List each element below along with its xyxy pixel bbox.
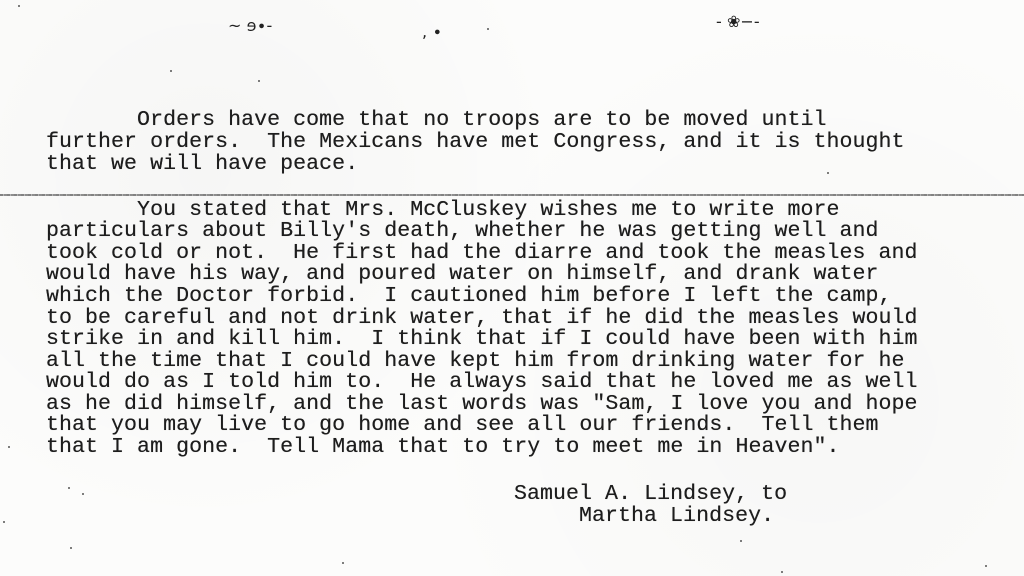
scan-speck bbox=[740, 540, 742, 542]
text-line: You stated that Mrs. McCluskey wishes me… bbox=[46, 199, 840, 221]
signature-sender: Samuel A. Lindsey, to bbox=[514, 483, 787, 505]
left-ornament-icon: ~ ɘ∙- bbox=[228, 16, 272, 35]
text-line: that you may live to go home and see all… bbox=[46, 414, 879, 436]
text-line: Orders have come that no troops are to b… bbox=[46, 109, 827, 131]
scan-speck bbox=[342, 562, 344, 564]
scan-speck bbox=[82, 493, 84, 495]
text-line: would have his way, and poured water on … bbox=[46, 263, 879, 285]
text-line: which the Doctor forbid. I cautioned him… bbox=[46, 285, 892, 307]
scan-speck bbox=[70, 547, 72, 549]
text-line: that I am gone. Tell Mama that to try to… bbox=[46, 436, 840, 458]
scan-speck bbox=[827, 172, 829, 174]
scan-speck bbox=[3, 521, 5, 523]
text-line: took cold or not. He first had the diarr… bbox=[46, 242, 918, 264]
scan-speck bbox=[781, 571, 783, 573]
scan-speck bbox=[170, 70, 172, 72]
scan-speck bbox=[985, 565, 987, 567]
text-line: that we will have peace. bbox=[46, 153, 358, 175]
scan-speck bbox=[68, 487, 70, 489]
scan-speck bbox=[8, 446, 10, 448]
scan-speck bbox=[487, 28, 489, 30]
text-line: strike in and kill him. I think that if … bbox=[46, 328, 918, 350]
page-divider bbox=[0, 194, 1024, 196]
scan-speck bbox=[18, 5, 20, 7]
signature-recipient: Martha Lindsey. bbox=[579, 505, 774, 527]
scan-speck bbox=[258, 80, 260, 82]
text-line: further orders. The Mexicans have met Co… bbox=[46, 131, 905, 153]
text-line: would do as I told him to. He always sai… bbox=[46, 371, 918, 393]
center-ornament-icon: , ∙ bbox=[422, 22, 442, 41]
typewritten-letter-page: ~ ɘ∙- , ∙ - ❀−- Orders have come that no… bbox=[0, 0, 1024, 576]
text-line: all the time that I could have kept him … bbox=[46, 350, 905, 372]
right-ornament-icon: - ❀−- bbox=[716, 12, 760, 31]
text-line: as he did himself, and the last words wa… bbox=[46, 393, 918, 415]
text-line: to be careful and not drink water, that … bbox=[46, 307, 918, 329]
text-line: particulars about Billy's death, whether… bbox=[46, 220, 879, 242]
